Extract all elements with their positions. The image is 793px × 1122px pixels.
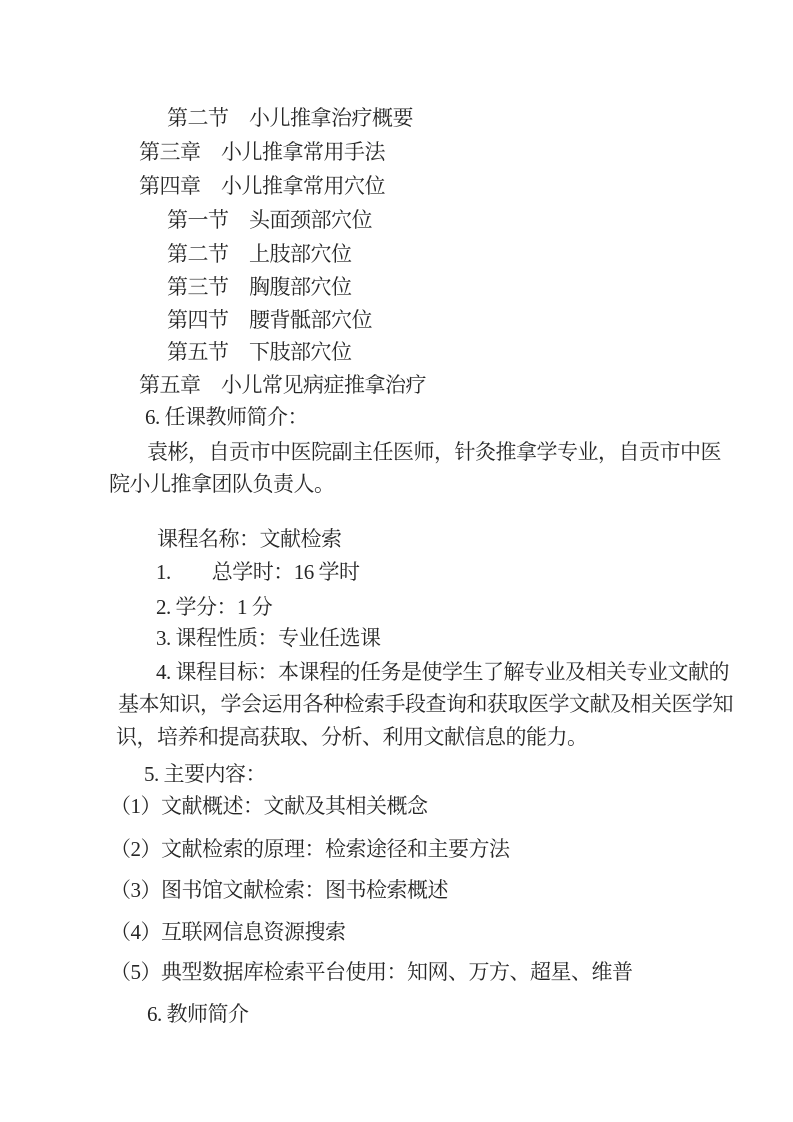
course-goal-line: 识，培养和提高获取、分析、利用文献信息的能力。 [116,725,588,749]
course-credit-line: 2. 学分：1 分 [156,595,272,619]
course-title-line: 课程名称：文献检索 [157,527,342,551]
toc-section-line: 第二节 小儿推拿治疗概要 [167,106,413,130]
content-item-line: （2）文献检索的原理：检索途径和主要方法 [110,837,510,861]
course-goal-line: 基本知识，学会运用各种检索手段查询和获取医学文献及相关医学知 [118,692,733,716]
teacher-intro-text: 院小儿推拿团队负责人。 [109,472,335,496]
toc-section-line: 第一节 头面颈部穴位 [167,208,372,232]
toc-chapter-line: 第四章 小儿推拿常用穴位 [139,174,385,198]
content-item-line: （1）文献概述：文献及其相关概念 [110,794,428,818]
course-goal-line: 4. 课程目标：本课程的任务是使学生了解专业及相关专业文献的 [156,660,729,684]
teacher-intro-text: 袁彬，自贡市中医院副主任医师，针灸推拿学专业，自贡市中医 [147,440,721,464]
toc-chapter-line: 第五章 小儿常见病症推拿治疗 [139,373,426,397]
teacher-intro-heading: 6. 任课教师简介： [145,405,308,429]
toc-chapter-line: 第三章 小儿推拿常用手法 [139,140,385,164]
course-hours-line: 1. 总学时：16 学时 [156,560,360,584]
content-item-line: （5）典型数据库检索平台使用：知网、万方、超星、维普 [110,960,633,984]
course-type-line: 3. 课程性质：专业任选课 [156,626,381,650]
toc-section-line: 第四节 腰背骶部穴位 [167,308,372,332]
content-item-line: （3）图书馆文献检索：图书检索概述 [110,878,448,902]
teacher-intro-heading: 6. 教师简介 [147,1002,249,1026]
content-item-line: （4）互联网信息资源搜索 [110,920,346,944]
toc-section-line: 第三节 胸腹部穴位 [167,275,352,299]
document-page: 第二节 小儿推拿治疗概要 第三章 小儿推拿常用手法 第四章 小儿推拿常用穴位 第… [0,0,793,1122]
toc-section-line: 第二节 上肢部穴位 [167,242,352,266]
main-content-heading: 5. 主要内容： [144,762,266,786]
toc-section-line: 第五节 下肢部穴位 [167,340,352,364]
